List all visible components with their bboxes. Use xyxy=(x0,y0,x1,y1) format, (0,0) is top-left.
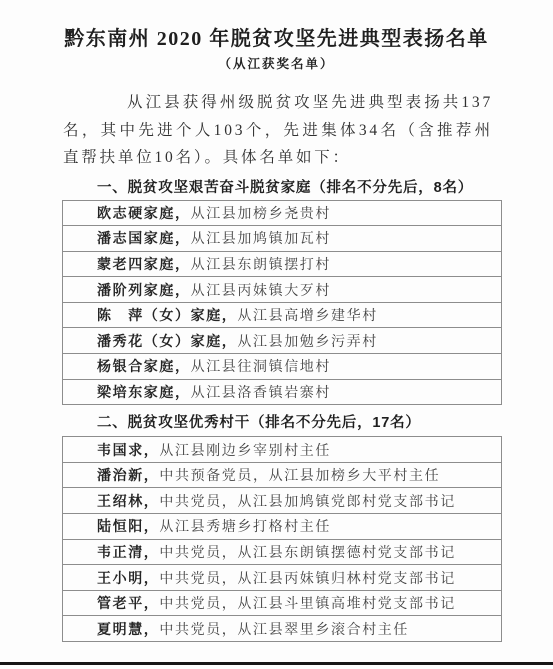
awardee-detail: 从江县加勉乡污弄村 xyxy=(237,335,377,350)
table-row: 杨银合家庭，从江县往洞镇信地村 xyxy=(63,354,502,380)
awardee-cell: 韦正清，中共党员，从江县东朗镇摆德村党支部书记 xyxy=(63,539,502,565)
awardee-cell: 欧志硬家庭，从江县加榜乡尧贵村 xyxy=(63,200,502,226)
awardee-detail: 中共预备党员，从江县加榜乡大平村主任 xyxy=(159,469,440,484)
awardee-cell: 蒙老四家庭，从江县东朗镇摆打村 xyxy=(63,251,502,277)
table-row: 夏明慧，中共党员，从江县翠里乡滚合村主任 xyxy=(63,616,502,642)
awardee-name: 王绍林， xyxy=(97,493,159,509)
awardee-cell: 陆恒阳，从江县秀塘乡打格村主任 xyxy=(63,514,502,540)
awardee-cell: 潘秀花（女）家庭，从江县加勉乡污弄村 xyxy=(63,328,502,354)
awardee-detail: 从江县加鸠镇加瓦村 xyxy=(191,232,331,247)
awardee-detail: 中共党员，从江县斗里镇高堆村党支部书记 xyxy=(159,597,455,612)
table-row: 潘治新，中共预备党员，从江县加榜乡大平村主任 xyxy=(63,462,502,488)
table-row: 韦国求，从江县刚边乡宰别村主任 xyxy=(63,437,502,463)
document-page: 黔东南州 2020 年脱贫攻坚先进典型表扬名单 （从江获奖名单） 从江县获得州级… xyxy=(0,0,553,669)
families-table: 欧志硬家庭，从江县加榜乡尧贵村潘志国家庭，从江县加鸠镇加瓦村蒙老四家庭，从江县东… xyxy=(62,200,502,406)
awardee-name: 陈 萍（女）家庭， xyxy=(97,307,237,323)
awardee-name: 潘志国家庭， xyxy=(97,230,191,246)
awardee-detail: 从江县洛香镇岩寨村 xyxy=(191,386,331,401)
awardee-cell: 潘阶列家庭，从江县丙妹镇大歹村 xyxy=(63,277,502,303)
awardee-name: 梁培东家庭， xyxy=(97,384,191,400)
table-row: 王绍林，中共党员，从江县加鸠镇党郎村党支部书记 xyxy=(63,488,502,514)
awardee-detail: 从江县东朗镇摆打村 xyxy=(191,258,331,273)
intro-paragraph: 从江县获得州级脱贫攻坚先进典型表扬共137名，其中先进个人103个，先进集体34… xyxy=(63,89,493,172)
awardee-name: 潘治新， xyxy=(97,467,159,483)
awardee-detail: 中共党员，从江县丙妹镇归林村党支部书记 xyxy=(159,572,455,587)
awardee-name: 蒙老四家庭， xyxy=(97,256,191,272)
table-row: 韦正清，中共党员，从江县东朗镇摆德村党支部书记 xyxy=(63,539,502,565)
table-row: 陈 萍（女）家庭，从江县高增乡建华村 xyxy=(63,302,502,328)
awardee-name: 韦正清， xyxy=(97,544,159,560)
awardee-cell: 管老平，中共党员，从江县斗里镇高堆村党支部书记 xyxy=(63,590,502,616)
table-row: 管老平，中共党员，从江县斗里镇高堆村党支部书记 xyxy=(63,590,502,616)
page-subtitle: （从江获奖名单） xyxy=(0,56,553,73)
awardee-name: 陆恒阳， xyxy=(97,518,159,534)
awardee-cell: 陈 萍（女）家庭，从江县高增乡建华村 xyxy=(63,302,502,328)
table-row: 潘志国家庭，从江县加鸠镇加瓦村 xyxy=(63,226,502,252)
section-heading-families: 一、脱贫攻坚艰苦奋斗脱贫家庭（排名不分先后，8名） xyxy=(97,179,553,198)
awardee-detail: 中共党员，从江县东朗镇摆德村党支部书记 xyxy=(159,546,455,561)
table-row: 潘秀花（女）家庭，从江县加勉乡污弄村 xyxy=(63,328,502,354)
awardee-detail: 从江县丙妹镇大歹村 xyxy=(191,284,331,299)
awardee-detail: 中共党员，从江县加鸠镇党郎村党支部书记 xyxy=(159,495,455,510)
awardee-detail: 从江县往洞镇信地村 xyxy=(191,360,331,375)
table-row: 蒙老四家庭，从江县东朗镇摆打村 xyxy=(63,251,502,277)
awardee-name: 潘秀花（女）家庭， xyxy=(97,333,237,349)
awardee-name: 杨银合家庭， xyxy=(97,358,191,374)
page-title: 黔东南州 2020 年脱贫攻坚先进典型表扬名单 xyxy=(0,25,553,54)
table-row: 陆恒阳，从江县秀塘乡打格村主任 xyxy=(63,514,502,540)
table-row: 欧志硬家庭，从江县加榜乡尧贵村 xyxy=(63,200,502,226)
awardee-cell: 韦国求，从江县刚边乡宰别村主任 xyxy=(63,437,502,463)
awardee-cell: 王小明，中共党员，从江县丙妹镇归林村党支部书记 xyxy=(63,565,502,591)
awardee-name: 韦国求， xyxy=(97,442,159,458)
awardee-name: 管老平， xyxy=(97,595,159,611)
awardee-cell: 梁培东家庭，从江县洛香镇岩寨村 xyxy=(63,379,502,405)
awardee-name: 欧志硬家庭， xyxy=(97,205,191,221)
bottom-divider xyxy=(0,662,553,665)
awardee-name: 潘阶列家庭， xyxy=(97,282,191,298)
awardee-cell: 王绍林，中共党员，从江县加鸠镇党郎村党支部书记 xyxy=(63,488,502,514)
awardee-detail: 中共党员，从江县翠里乡滚合村主任 xyxy=(159,623,409,638)
awardee-name: 王小明， xyxy=(97,570,159,586)
section-heading-cadres: 二、脱贫攻坚优秀村干（排名不分先后，17名） xyxy=(97,414,553,433)
awardee-cell: 潘治新，中共预备党员，从江县加榜乡大平村主任 xyxy=(63,462,502,488)
awardee-detail: 从江县刚边乡宰别村主任 xyxy=(159,444,331,459)
awardee-detail: 从江县加榜乡尧贵村 xyxy=(191,207,331,222)
awardee-detail: 从江县高增乡建华村 xyxy=(237,309,377,324)
section-families: 一、脱贫攻坚艰苦奋斗脱贫家庭（排名不分先后，8名） 欧志硬家庭，从江县加榜乡尧贵… xyxy=(0,179,553,406)
awardee-detail: 从江县秀塘乡打格村主任 xyxy=(159,520,331,535)
cadres-table: 韦国求，从江县刚边乡宰别村主任潘治新，中共预备党员，从江县加榜乡大平村主任王绍林… xyxy=(62,436,502,642)
table-row: 梁培东家庭，从江县洛香镇岩寨村 xyxy=(63,379,502,405)
awardee-name: 夏明慧， xyxy=(97,621,159,637)
awardee-cell: 夏明慧，中共党员，从江县翠里乡滚合村主任 xyxy=(63,616,502,642)
section-cadres: 二、脱贫攻坚优秀村干（排名不分先后，17名） 韦国求，从江县刚边乡宰别村主任潘治… xyxy=(0,414,553,642)
table-row: 王小明，中共党员，从江县丙妹镇归林村党支部书记 xyxy=(63,565,502,591)
awardee-cell: 杨银合家庭，从江县往洞镇信地村 xyxy=(63,354,502,380)
table-row: 潘阶列家庭，从江县丙妹镇大歹村 xyxy=(63,277,502,303)
awardee-cell: 潘志国家庭，从江县加鸠镇加瓦村 xyxy=(63,226,502,252)
